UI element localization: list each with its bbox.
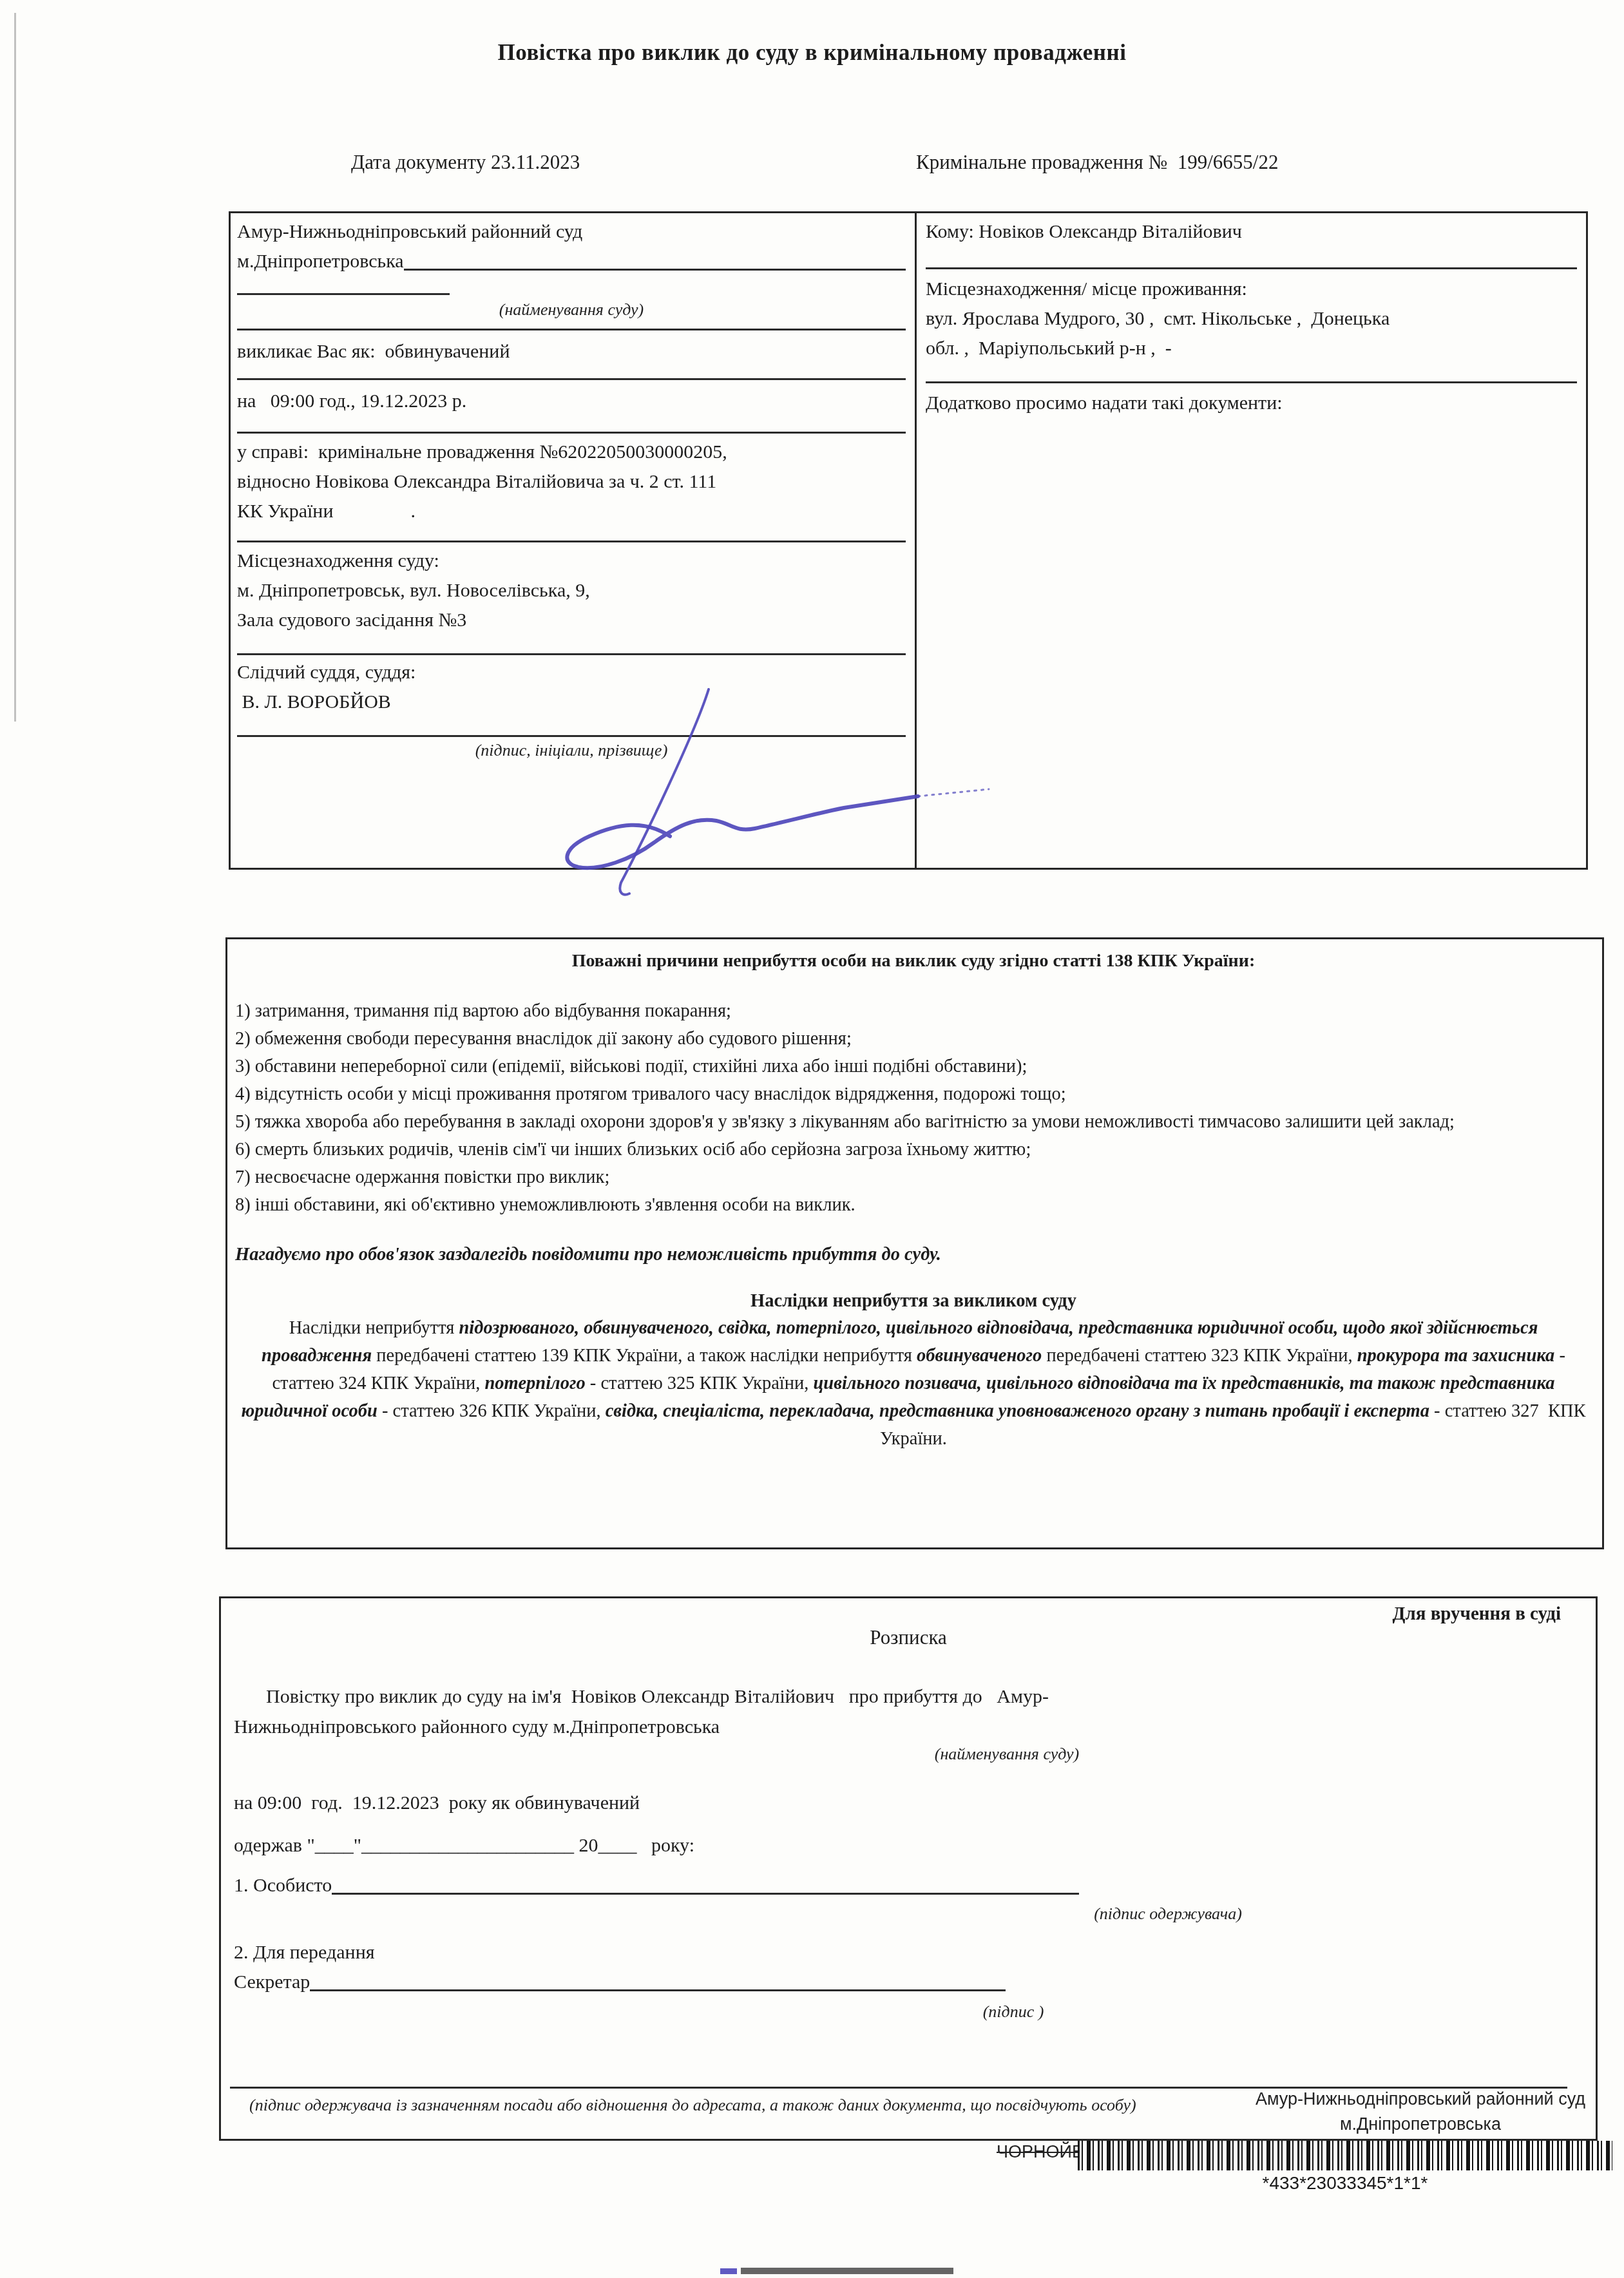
reason-item: 3) обставини непереборної сили (епідемії… [235,1053,1592,1080]
session-datetime: на 09:00 год., 19.12.2023 р. [237,387,906,416]
recipient-name: Кому: Новіков Олександр Віталійович [926,217,1577,247]
summons-table: Амур-Нижньодніпровський районний суд м.Д… [229,211,1588,870]
blank-line [237,432,906,434]
summon-as-line: викликає Вас як: обвинувачений [237,337,906,367]
consequences-segment: прокурора та захисника [1357,1346,1555,1366]
reason-item: 6) смерть близьких родичів, членів сім'ї… [235,1136,1592,1163]
blank-line [332,1871,1079,1895]
residence-address-line1: вул. Ярослава Мудрого, 30 , смт. Нікольс… [926,304,1577,334]
court-location: Місцезнаходження суду: м. Дніпропетровсь… [237,546,906,635]
reasons-box: Поважні причини неприбуття особи на викл… [225,937,1604,1549]
blank-line [310,1967,1006,1991]
signature-line [237,735,906,737]
consequences-segment: - статтею 325 КПК України, [586,1373,814,1393]
transfer-label: 2. Для передання [234,1942,1583,1964]
receipt-box: Для вручення в суді Розписка Повістку пр… [219,1596,1598,2141]
blank-line [237,329,906,330]
blank-line [926,267,1577,269]
reasons-header: Поважні причини неприбуття особи на викл… [235,948,1592,974]
secretary-label: Секретар [234,1967,310,1997]
blank-line [237,293,450,295]
blank-line [237,653,906,655]
consequences-segment: потерпілого [485,1373,586,1393]
reason-item: 1) затримання, тримання під вартою або в… [235,997,1592,1025]
judge-block: Слідчий суддя, суддя: В. Л. ВОРОБЙОВ [237,658,906,717]
case-description-line2: відносно Новікова Олександра Віталійович… [237,467,906,497]
blank-line [230,2087,1567,2089]
barcode-number: *433*23033345*1*1* [1078,2173,1612,2194]
case-description-line3: КК України . [237,497,906,526]
recipient-signature-caption: (підпис одержувача) [1033,1904,1303,1924]
case-number: Кримінальне провадження № 199/6655/22 [916,151,1278,174]
case-description: у справі: кримінальне провадження №62022… [237,437,906,526]
consequences-segment: Наслідки неприбуття [289,1318,459,1338]
reasons-list: 1) затримання, тримання під вартою або в… [235,997,1592,1219]
consequences-segment: обвинуваченого [917,1346,1042,1366]
recipient-cell: Кому: Новіков Олександр Віталійович Місц… [917,213,1586,868]
signature-caption: (підпис, ініціали, прізвище) [237,741,906,760]
residence-block: Місцезнаходження/ місце проживання: вул.… [926,274,1577,363]
consequences-segment: передбачені статтею 139 КПК України, а т… [372,1346,917,1366]
consequences-title: Наслідки неприбуття за викликом суду [235,1291,1592,1312]
court-stamp-line1: Амур-Нижньодніпровський районний суд [1079,2089,1624,2109]
residence-address-line2: обл. , Маріупольський р-н , - [926,334,1577,363]
judge-label: Слідчий суддя, суддя: [237,658,906,687]
court-info-cell: Амур-Нижньодніпровський районний суд м.Д… [231,213,917,868]
receipt-body-line2: Нижньодніпровського районного суду м.Дні… [234,1712,1583,1742]
blank-line [237,378,906,380]
extra-documents-request: Додатково просимо надати такі документи: [926,388,1577,418]
receipt-court-caption: (найменування суду) [872,1745,1142,1764]
court-location-line1: м. Дніпропетровськ, вул. Новоселівська, … [237,576,906,606]
receipt-body: Повістку про виклик до суду на ім'я Нові… [234,1681,1583,1742]
reason-item: 2) обмеження свободи пересування внаслід… [235,1025,1592,1053]
personally-row: 1. Особисто [234,1871,1583,1900]
residence-label: Місцезнаходження/ місце проживання: [926,274,1577,304]
secretary-row: Секретар [234,1967,1583,1997]
secretary-signature-caption: (підпис ) [884,2002,1142,2022]
reason-item: 5) тяжка хвороба або перебування в закла… [235,1108,1592,1136]
reason-item: 8) інші обставини, які об'єктивно унемож… [235,1191,1592,1219]
blank-line [926,381,1577,383]
court-stamp: Амур-Нижньодніпровський районний суд м.Д… [1079,2089,1624,2134]
case-description-line1: у справі: кримінальне провадження №62022… [237,437,906,467]
court-location-line2: Зала судового засідання №3 [237,606,906,635]
receipt-body-line1: Повістку про виклик до суду на ім'я Нові… [234,1681,1583,1712]
received-date-line: одержав "____"______________________ 20_… [234,1835,1583,1857]
court-name-line2: м.Дніпропетровська [237,247,404,276]
reason-item: 4) відсутність особи у місці проживання … [235,1080,1592,1108]
barcode [1078,2141,1612,2170]
attend-datetime: на 09:00 год. 19.12.2023 року як обвинув… [234,1792,1583,1814]
receipt-title: Розписка [234,1626,1583,1649]
court-stamp-line2: м.Дніпропетровська [1079,2114,1624,2134]
court-name-row: м.Дніпропетровська [237,247,906,276]
reason-item: 7) несвоєчасне одержання повістки про ви… [235,1163,1592,1191]
consequences-segment: - статтею 326 КПК України, [377,1401,606,1421]
judge-name: В. Л. ВОРОБЙОВ [237,687,906,717]
scan-edge-artifact [14,13,16,722]
court-name-line1: Амур-Нижньодніпровський районний суд [237,217,906,247]
court-delivery-note: Для вручення в суді [234,1603,1583,1625]
consequences-paragraph: Наслідки неприбуття підозрюваного, обвин… [235,1314,1592,1453]
court-name-caption: (найменування суду) [237,300,906,320]
consequences-segment: передбачені статтею 323 КПК України, [1042,1346,1357,1366]
scan-edge-artifact [741,2268,953,2274]
blank-line [404,247,906,271]
court-location-label: Місцезнаходження суду: [237,546,906,576]
personally-label: 1. Особисто [234,1871,332,1900]
consequences-segment: свідка, спеціаліста, перекладача, предст… [606,1401,1429,1421]
document-date: Дата документу 23.11.2023 [351,151,580,174]
document-title: Повістка про виклик до суду в кримінальн… [0,40,1624,66]
reminder-note: Нагадуємо про обов'язок заздалегідь пові… [235,1245,1592,1265]
scan-edge-artifact [720,2268,737,2274]
blank-line [237,541,906,542]
